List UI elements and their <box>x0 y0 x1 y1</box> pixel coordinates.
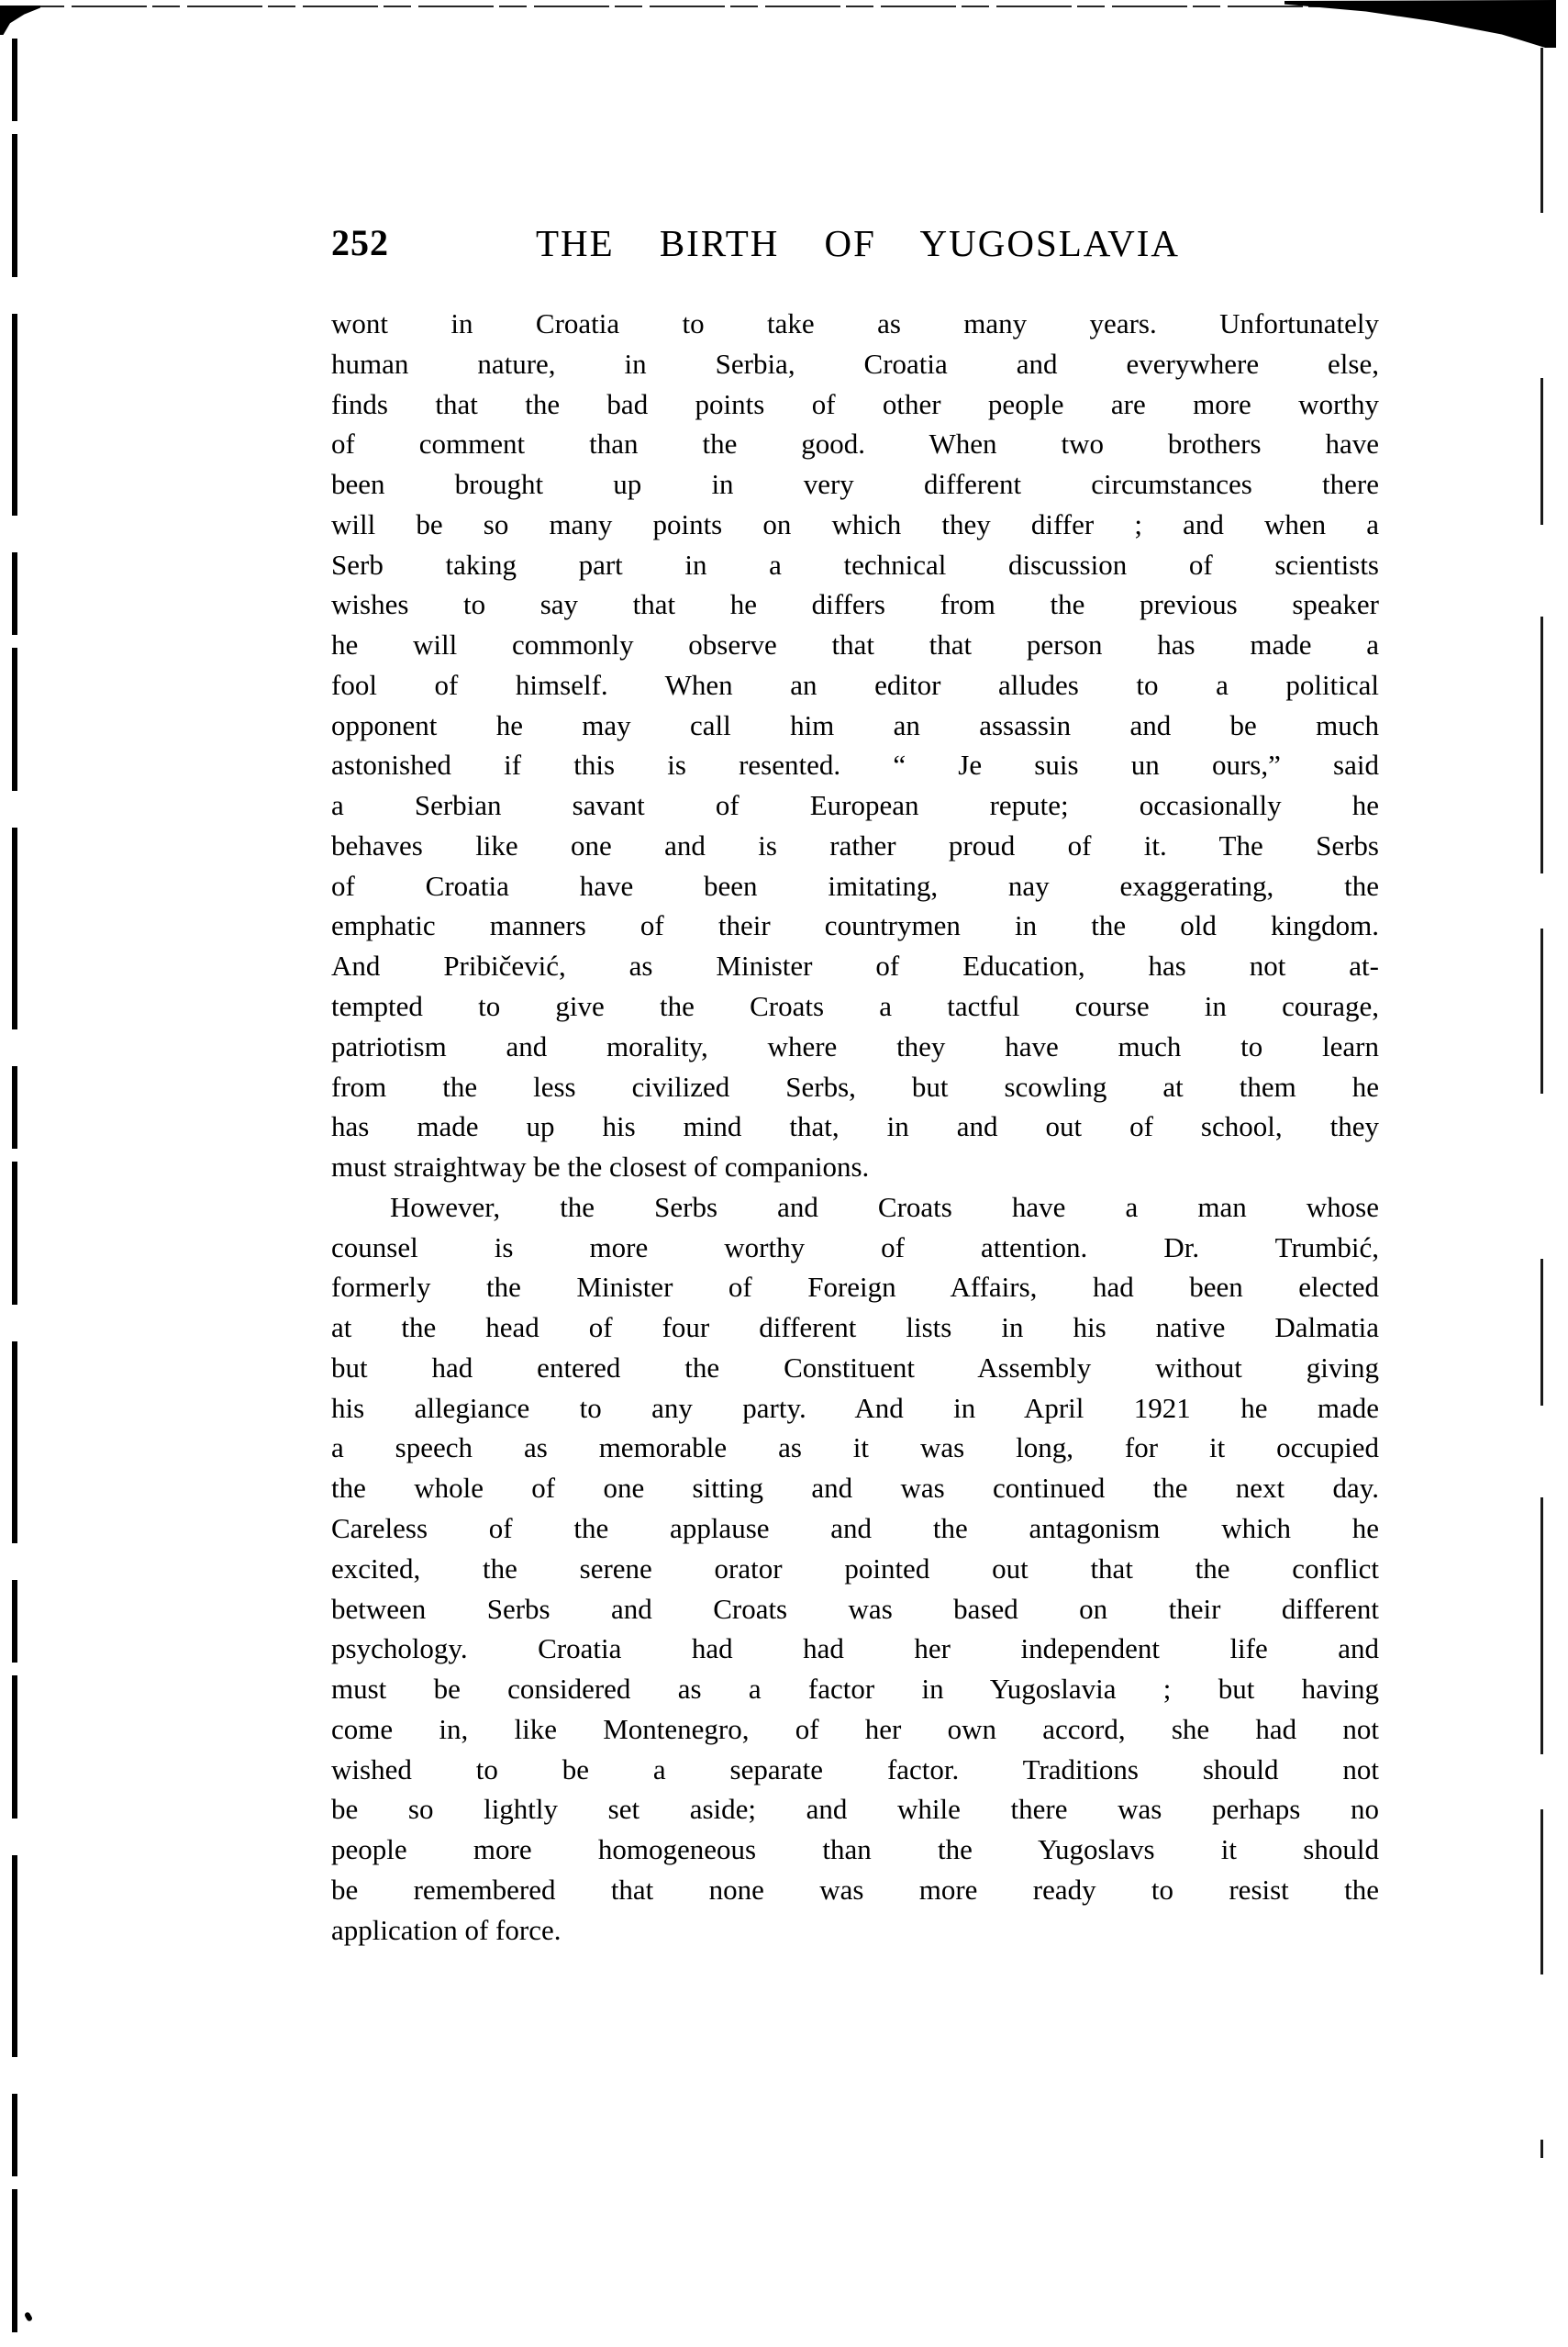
text-line: behaves like one and is rather proud of … <box>331 826 1379 866</box>
page-number: 252 <box>331 220 389 266</box>
text-line: but had entered the Constituent Assembly… <box>331 1348 1379 1388</box>
text-line: his allegiance to any party. And in Apri… <box>331 1388 1379 1429</box>
text-line: be so lightly set aside; and while there… <box>331 1789 1379 1830</box>
text-line: Serb taking part in a technical discussi… <box>331 545 1379 585</box>
text-line: between Serbs and Croats was based on th… <box>331 1589 1379 1630</box>
running-head: 252 THE BIRTH OF YUGOSLAVIA <box>0 220 1568 266</box>
scan-corner-curl-right <box>1284 0 1556 48</box>
text-line: been brought up in very different circum… <box>331 464 1379 505</box>
text-line: patriotism and morality, where they have… <box>331 1027 1379 1067</box>
text-line: emphatic manners of their countrymen in … <box>331 906 1379 946</box>
scan-right-edge <box>1540 48 1543 2158</box>
text-line: wished to be a separate factor. Traditio… <box>331 1750 1379 1790</box>
text-line: people more homogeneous than the Yugosla… <box>331 1830 1379 1870</box>
text-line: opponent he may call him an assassin and… <box>331 706 1379 746</box>
text-line: counsel is more worthy of attention. Dr.… <box>331 1228 1379 1268</box>
text-line: of Croatia have been imitating, nay exag… <box>331 866 1379 907</box>
paragraph-first-line: However, the Serbs and Croats have a man… <box>331 1187 1379 1228</box>
text-line: be remembered that none was more ready t… <box>331 1870 1379 1910</box>
text-line: the whole of one sitting and was continu… <box>331 1468 1379 1508</box>
text-line: And Pribičević, as Minister of Education… <box>331 946 1379 986</box>
text-line: wishes to say that he differs from the p… <box>331 584 1379 625</box>
text-line: come in, like Montenegro, of her own acc… <box>331 1709 1379 1750</box>
text-line: from the less civilized Serbs, but scowl… <box>331 1067 1379 1107</box>
text-line: of comment than the good. When two broth… <box>331 424 1379 464</box>
text-line: Careless of the applause and the antagon… <box>331 1508 1379 1549</box>
text-line: must straightway be the closest of compa… <box>331 1147 1379 1187</box>
text-line: finds that the bad points of other peopl… <box>331 384 1379 425</box>
text-line: astonished if this is resented. “ Je sui… <box>331 745 1379 785</box>
text-line: tempted to give the Croats a tactful cou… <box>331 986 1379 1027</box>
running-title: THE BIRTH OF YUGOSLAVIA <box>536 220 1180 266</box>
paragraph-first-line: wont in Croatia to take as many years. U… <box>331 304 1379 344</box>
text-line: human nature, in Serbia, Croatia and eve… <box>331 344 1379 384</box>
scan-speck <box>24 2311 33 2322</box>
text-line: must be considered as a factor in Yugosl… <box>331 1669 1379 1709</box>
text-line: fool of himself. When an editor alludes … <box>331 665 1379 706</box>
body-text: wont in Croatia to take as many years. U… <box>331 304 1379 1950</box>
scan-top-edge <box>37 6 1367 7</box>
scan-left-edge <box>12 39 17 2347</box>
book-page: 252 THE BIRTH OF YUGOSLAVIA wont in Croa… <box>0 0 1568 2347</box>
text-line: at the head of four different lists in h… <box>331 1307 1379 1348</box>
text-line: has made up his mind that, in and out of… <box>331 1107 1379 1147</box>
text-line: he will commonly observe that that perso… <box>331 625 1379 665</box>
text-line: a Serbian savant of European repute; occ… <box>331 785 1379 826</box>
text-line: formerly the Minister of Foreign Affairs… <box>331 1267 1379 1307</box>
text-line: will be so many points on which they dif… <box>331 505 1379 545</box>
text-line: excited, the serene orator pointed out t… <box>331 1549 1379 1589</box>
scan-corner-shadow-left <box>0 6 40 35</box>
text-line: application of force. <box>331 1910 1379 1951</box>
text-line: psychology. Croatia had had her independ… <box>331 1629 1379 1669</box>
text-line: a speech as memorable as it was long, fo… <box>331 1428 1379 1468</box>
